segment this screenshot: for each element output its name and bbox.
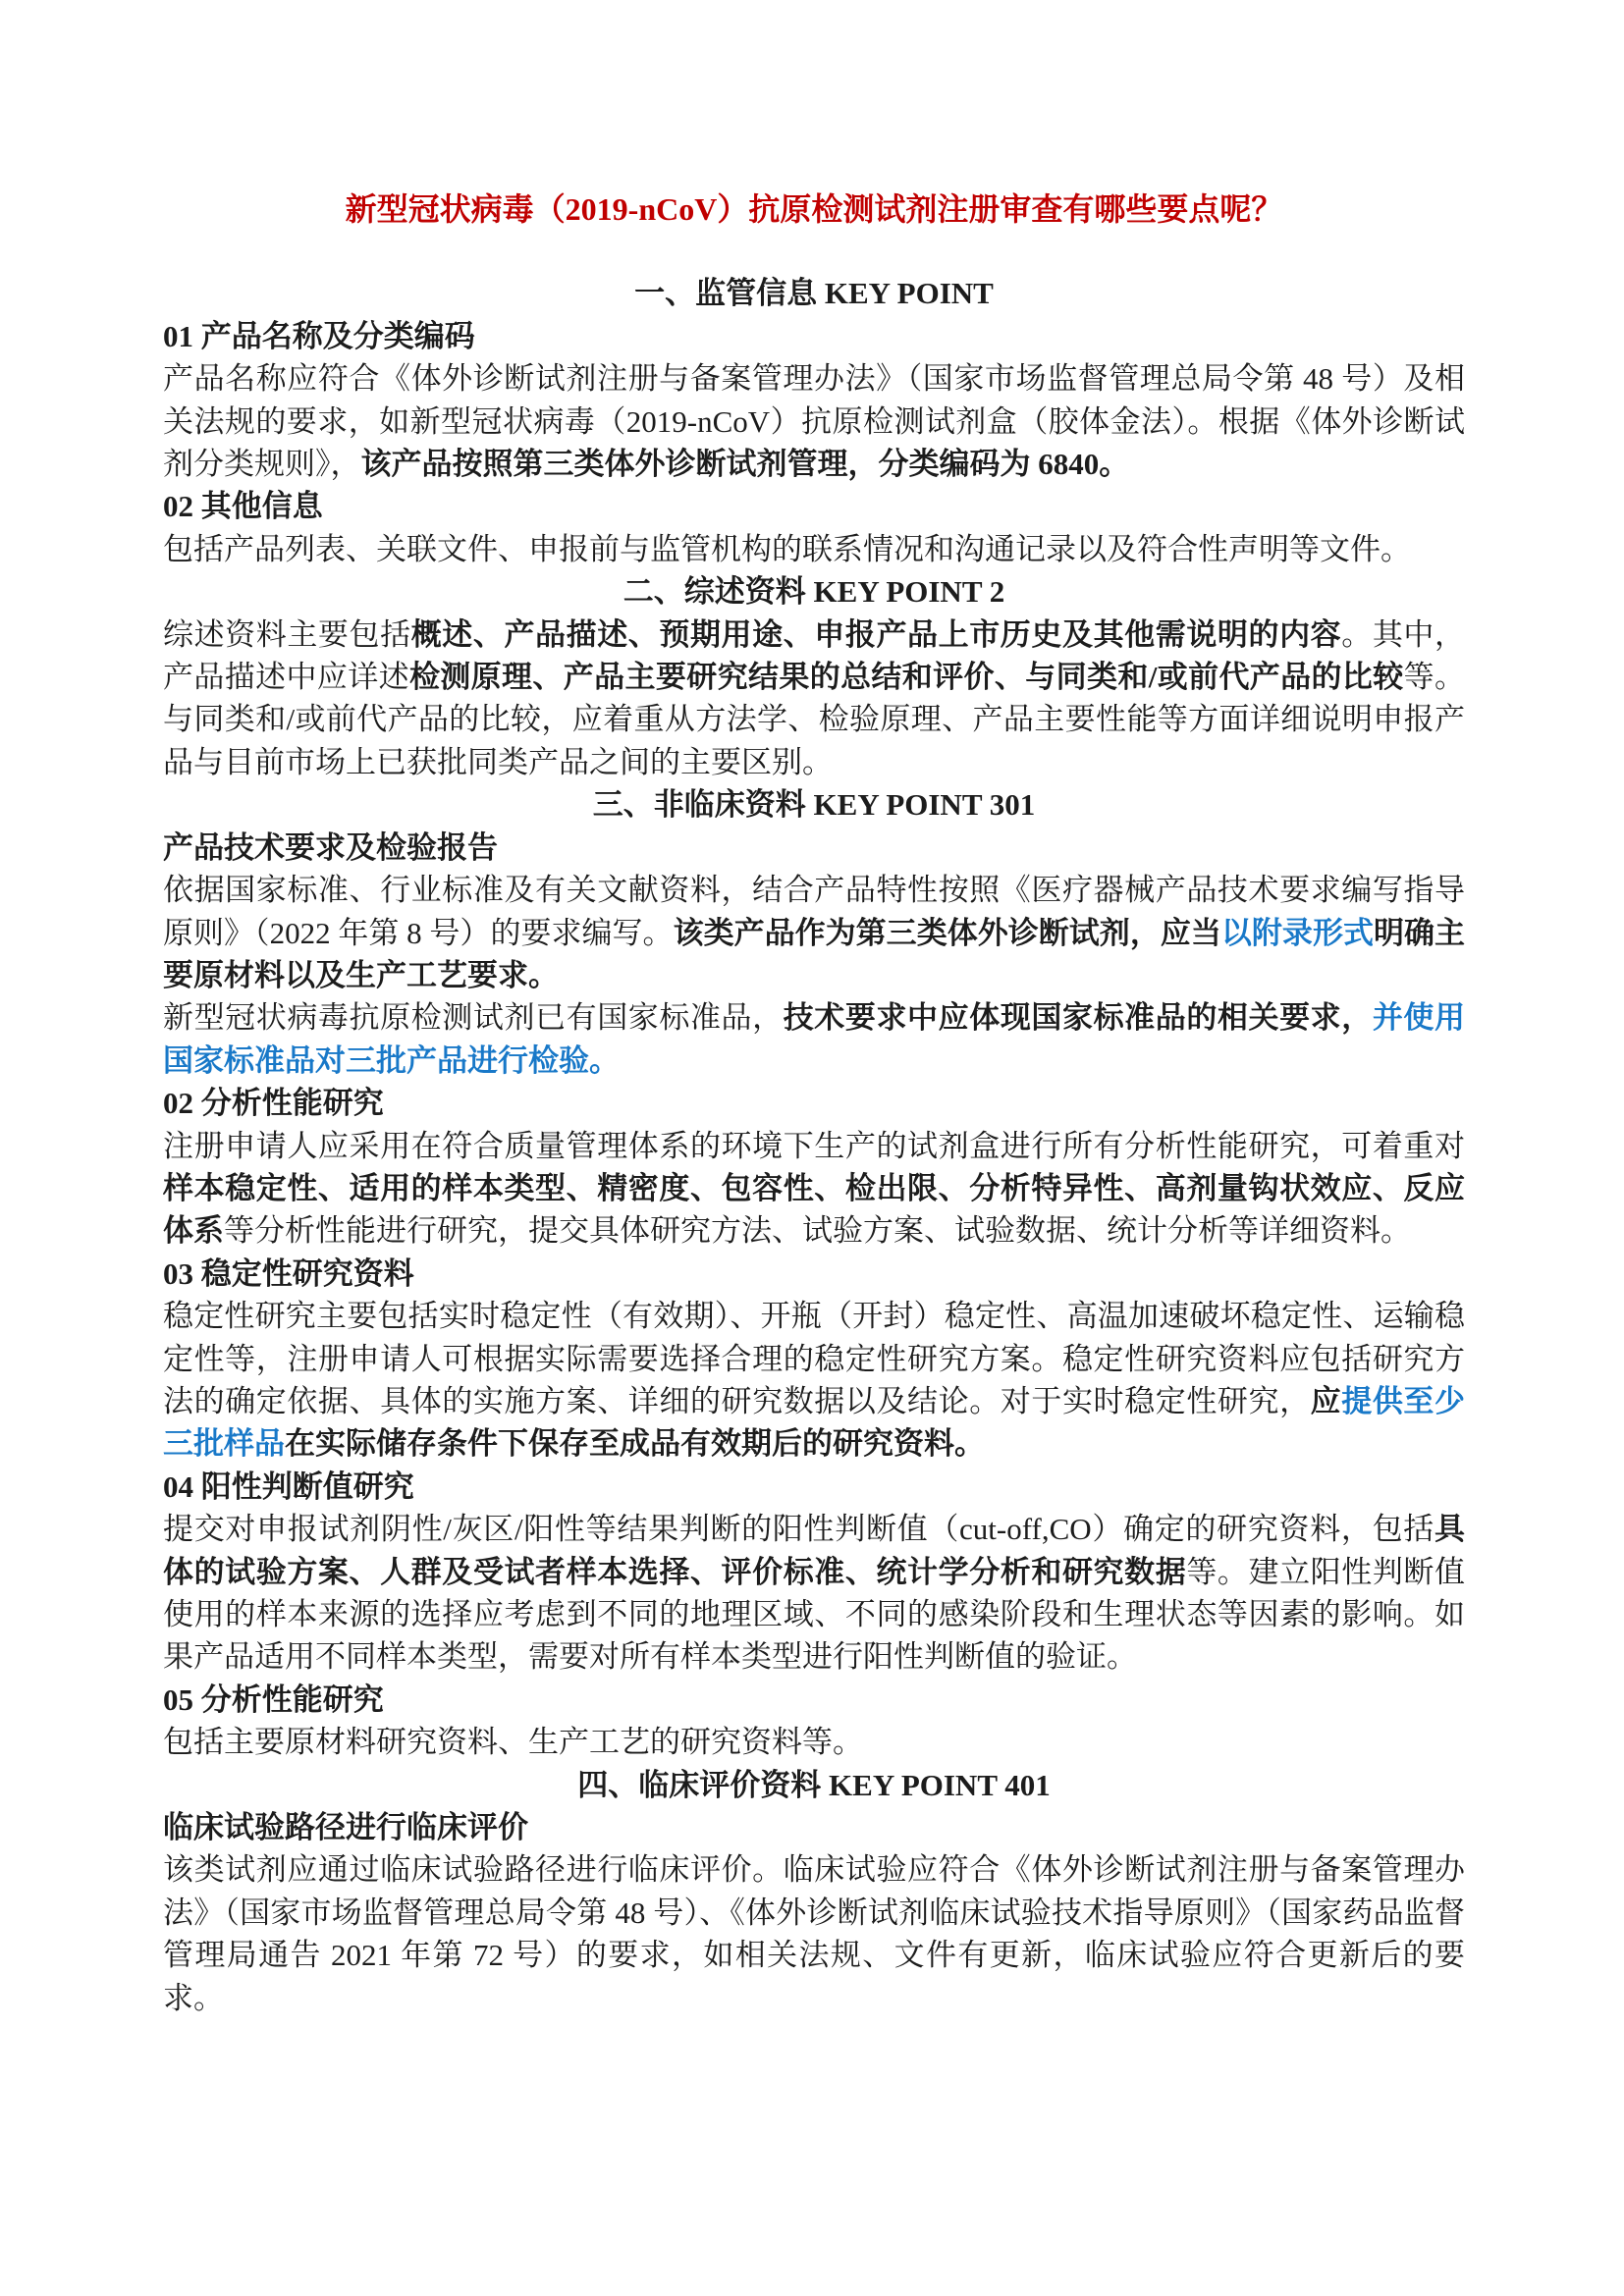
paragraph-tech-requirements-1: 依据国家标准、行业标准及有关文献资料，结合产品特性按照《医疗器械产品技术要求编写… bbox=[163, 869, 1465, 996]
document-page: 新型冠状病毒（2019-nCoV）抗原检测试剂注册审查有哪些要点呢？ 一、监管信… bbox=[0, 0, 1624, 2296]
paragraph-other-info: 包括产品列表、关联文件、申报前与监管机构的联系情况和沟通记录以及符合性声明等文件… bbox=[163, 528, 1465, 570]
text-run: 新型冠状病毒抗原检测试剂已有国家标准品， bbox=[163, 1000, 784, 1035]
section-4-heading: 四、临床评价资料 KEY POINT 401 bbox=[163, 1764, 1465, 1806]
text-run: 包括主要原材料研究资料、生产工艺的研究资料等。 bbox=[163, 1725, 863, 1759]
section-2-heading: 二、综述资料 KEY POINT 2 bbox=[163, 570, 1465, 613]
text-run-bold: 在实际储存条件下保存至成品有效期后的研究资料。 bbox=[285, 1426, 985, 1461]
text-run: 综述资料主要包括 bbox=[163, 617, 411, 652]
text-run-bold: 该产品按照第三类体外诊断试剂管理，分类编码为 6840。 bbox=[361, 447, 1130, 481]
section-3-sub-3-heading: 03 稳定性研究资料 bbox=[163, 1253, 1465, 1295]
text-run-highlight: 以附录形式 bbox=[1221, 916, 1374, 950]
text-run: 注册申请人应采用在符合质量管理体系的环境下生产的试剂盒进行所有分析性能研究，可着… bbox=[163, 1129, 1465, 1163]
text-run-bold: 检测原理、产品主要研究结果的总结和评价、与同类和/或前代产品的比较 bbox=[409, 660, 1404, 694]
document-title: 新型冠状病毒（2019-nCoV）抗原检测试剂注册审查有哪些要点呢？ bbox=[163, 188, 1465, 231]
section-1-sub-2-heading: 02 其他信息 bbox=[163, 485, 1465, 527]
paragraph-analytical-performance: 注册申请人应采用在符合质量管理体系的环境下生产的试剂盒进行所有分析性能研究，可着… bbox=[163, 1125, 1465, 1253]
paragraph-tech-requirements-2: 新型冠状病毒抗原检测试剂已有国家标准品，技术要求中应体现国家标准品的相关要求，并… bbox=[163, 996, 1465, 1082]
section-3-sub-2-heading: 02 分析性能研究 bbox=[163, 1082, 1465, 1124]
text-run: 提交对申报试剂阴性/灰区/阳性等结果判断的阳性判断值（cut-off,CO）确定… bbox=[163, 1512, 1435, 1546]
paragraph-product-name-classification: 产品名称应符合《体外诊断试剂注册与备案管理办法》（国家市场监督管理总局令第 48… bbox=[163, 357, 1465, 485]
section-3-sub-4-heading: 04 阳性判断值研究 bbox=[163, 1466, 1465, 1508]
paragraph-raw-materials: 包括主要原材料研究资料、生产工艺的研究资料等。 bbox=[163, 1721, 1465, 1763]
text-run-bold: 应 bbox=[1311, 1384, 1342, 1418]
section-1-sub-1-heading: 01 产品名称及分类编码 bbox=[163, 315, 1465, 357]
text-run-bold: 概述、产品描述、预期用途、申报产品上市历史及其他需说明的内容 bbox=[411, 617, 1342, 652]
text-run: 包括产品列表、关联文件、申报前与监管机构的联系情况和沟通记录以及符合性声明等文件… bbox=[163, 532, 1411, 566]
text-run-bold: 技术要求中应体现国家标准品的相关要求， bbox=[784, 1000, 1373, 1035]
text-run: 等分析性能进行研究，提交具体研究方法、试验方案、试验数据、统计分析等详细资料。 bbox=[224, 1213, 1411, 1248]
section-4-sub-1-heading: 临床试验路径进行临床评价 bbox=[163, 1806, 1465, 1848]
section-3-sub-1-heading: 产品技术要求及检验报告 bbox=[163, 827, 1465, 869]
section-3-heading: 三、非临床资料 KEY POINT 301 bbox=[163, 783, 1465, 826]
paragraph-cutoff-study: 提交对申报试剂阴性/灰区/阳性等结果判断的阳性判断值（cut-off,CO）确定… bbox=[163, 1508, 1465, 1679]
paragraph-stability-study: 稳定性研究主要包括实时稳定性（有效期）、开瓶（开封）稳定性、高温加速破坏稳定性、… bbox=[163, 1295, 1465, 1466]
paragraph-summary-materials: 综述资料主要包括概述、产品描述、预期用途、申报产品上市历史及其他需说明的内容。其… bbox=[163, 614, 1465, 784]
paragraph-clinical-evaluation: 该类试剂应通过临床试验路径进行临床评价。临床试验应符合《体外诊断试剂注册与备案管… bbox=[163, 1848, 1465, 2019]
text-run: 稳定性研究主要包括实时稳定性（有效期）、开瓶（开封）稳定性、高温加速破坏稳定性、… bbox=[163, 1299, 1465, 1418]
text-run: 该类试剂应通过临床试验路径进行临床评价。临床试验应符合《体外诊断试剂注册与备案管… bbox=[163, 1852, 1465, 2014]
section-3-sub-5-heading: 05 分析性能研究 bbox=[163, 1679, 1465, 1721]
text-run-bold: 该类产品作为第三类体外诊断试剂，应当 bbox=[674, 916, 1221, 950]
section-1-heading: 一、监管信息 KEY POINT bbox=[163, 272, 1465, 314]
